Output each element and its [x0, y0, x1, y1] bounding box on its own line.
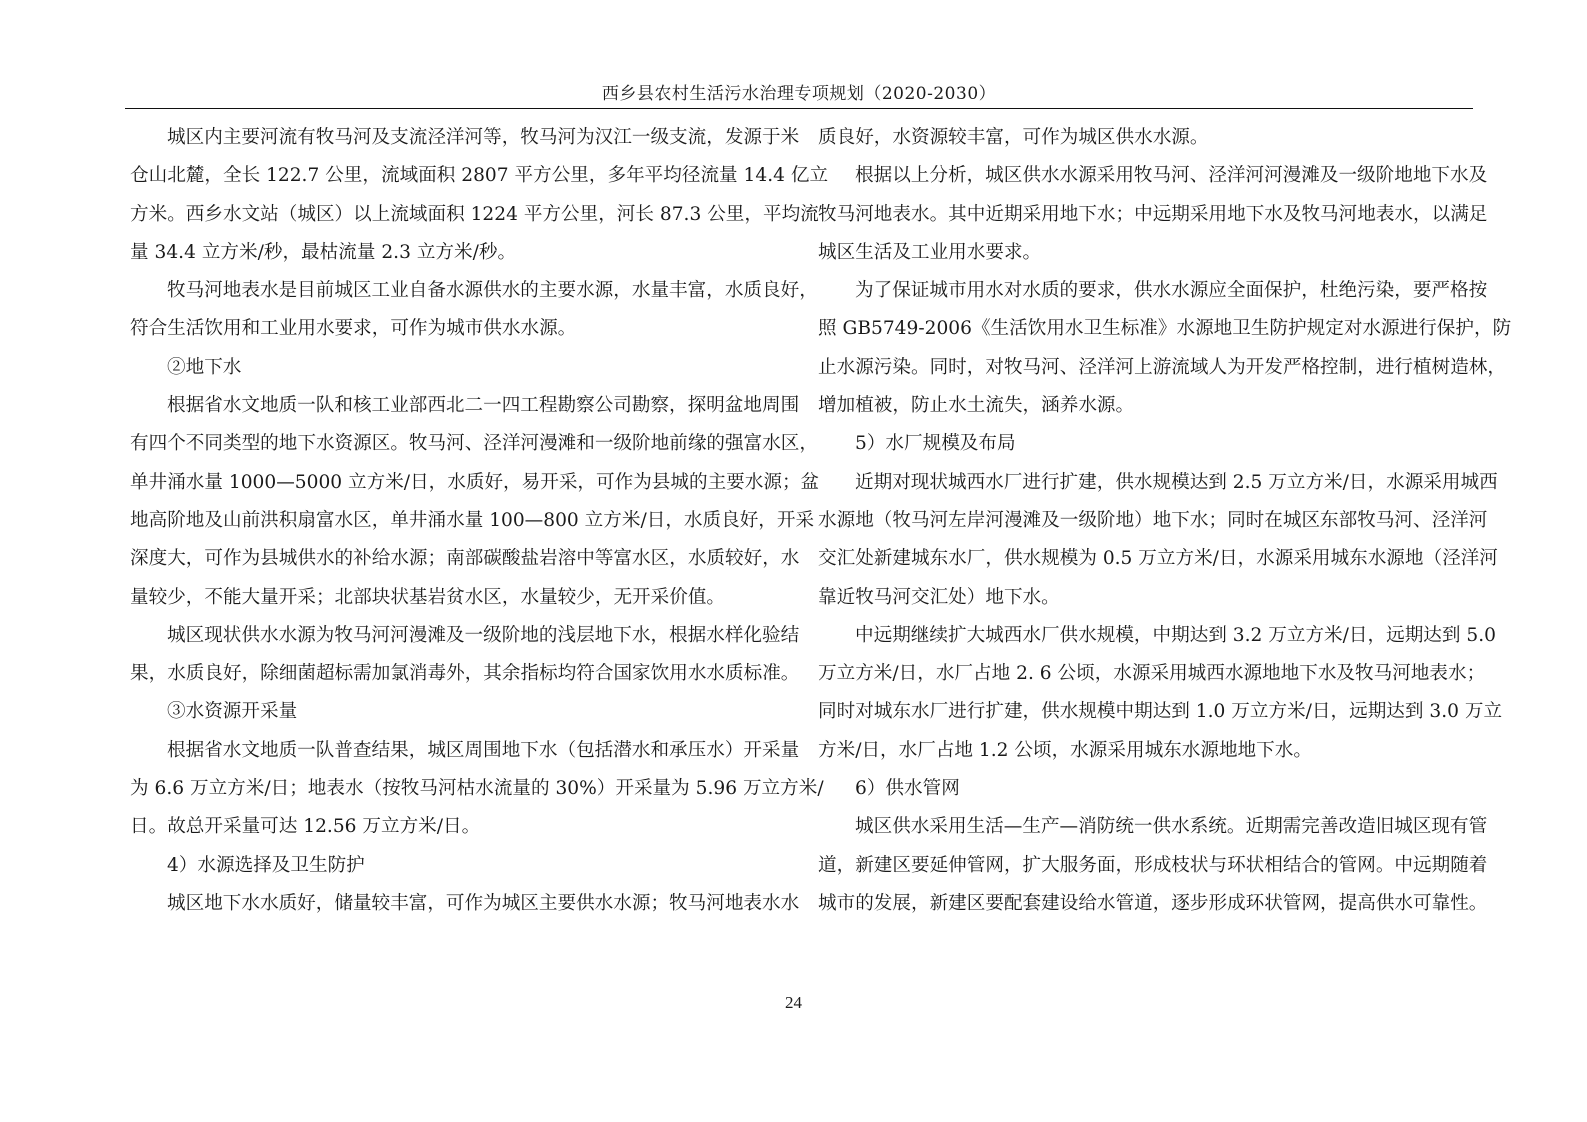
section-heading-water-extraction: ③水资源开采量: [130, 693, 752, 731]
text-line: 符合生活饮用和工业用水要求，可作为城市供水水源。: [130, 310, 752, 348]
text-line: 为 6.6 万立方米/日；地表水（按牧马河枯水流量的 30%）开采量为 5.96…: [130, 770, 752, 808]
text-line: 城区生活及工业用水要求。: [818, 234, 1473, 272]
text-line: 靠近牧马河交汇处）地下水。: [818, 579, 1473, 617]
text-line: 近期对现状城西水厂进行扩建，供水规模达到 2.5 万立方米/日，水源采用城西: [818, 464, 1473, 502]
text-line: 止水源污染。同时，对牧马河、泾洋河上游流域人为开发严格控制，进行植树造林，: [818, 349, 1473, 387]
text-line: 质良好，水资源较丰富，可作为城区供水水源。: [818, 119, 1473, 157]
text-line: 根据省水文地质一队和核工业部西北二一四工程勘察公司勘察，探明盆地周围: [130, 387, 752, 425]
text-line: 城市的发展，新建区要配套建设给水管道，逐步形成环状管网，提高供水可靠性。: [818, 885, 1473, 923]
text-line: 城区现状供水水源为牧马河河漫滩及一级阶地的浅层地下水，根据水样化验结: [130, 617, 752, 655]
text-line: 同时对城东水厂进行扩建，供水规模中期达到 1.0 万立方米/日，远期达到 3.0…: [818, 693, 1473, 731]
text-line: 单井涌水量 1000—5000 立方米/日，水质好，易开采，可作为县城的主要水源…: [130, 464, 752, 502]
text-line: 牧马河地表水是目前城区工业自备水源供水的主要水源，水量丰富，水质良好，: [130, 272, 752, 310]
section-heading-supply-network: 6）供水管网: [818, 770, 1473, 808]
text-line: 根据以上分析，城区供水水源采用牧马河、泾洋河河漫滩及一级阶地地下水及: [818, 157, 1473, 195]
text-line: 城区内主要河流有牧马河及支流泾洋河等，牧马河为汉江一级支流，发源于米: [130, 119, 752, 157]
section-heading-plant-scale: 5）水厂规模及布局: [818, 425, 1473, 463]
text-line: 果，水质良好，除细菌超标需加氯消毒外，其余指标均符合国家饮用水水质标准。: [130, 655, 752, 693]
text-line: 增加植被，防止水土流失，涵养水源。: [818, 387, 1473, 425]
page-header-title: 西乡县农村生活污水治理专项规划（2020-2030）: [125, 82, 1473, 106]
text-line: 水源地（牧马河左岸河漫滩及一级阶地）地下水；同时在城区东部牧马河、泾洋河: [818, 502, 1473, 540]
text-line: 量 34.4 立方米/秒，最枯流量 2.3 立方米/秒。: [130, 234, 752, 272]
text-line: 城区地下水水质好，储量较丰富，可作为城区主要供水水源；牧马河地表水水: [130, 885, 752, 923]
section-heading-groundwater: ②地下水: [130, 349, 752, 387]
text-line: 日。故总开采量可达 12.56 万立方米/日。: [130, 808, 752, 846]
text-line: 万立方米/日，水厂占地 2. 6 公顷，水源采用城西水源地地下水及牧马河地表水；: [818, 655, 1473, 693]
right-text-column: 质良好，水资源较丰富，可作为城区供水水源。 根据以上分析，城区供水水源采用牧马河…: [818, 119, 1473, 923]
section-heading-source-selection: 4）水源选择及卫生防护: [130, 847, 752, 885]
page-number: 24: [0, 992, 1587, 1014]
text-line: 城区供水采用生活—生产—消防统一供水系统。近期需完善改造旧城区现有管: [818, 808, 1473, 846]
text-line: 方米。西乡水文站（城区）以上流域面积 1224 平方公里，河长 87.3 公里，…: [130, 196, 752, 234]
text-line: 根据省水文地质一队普查结果，城区周围地下水（包括潜水和承压水）开采量: [130, 732, 752, 770]
text-line: 照 GB5749-2006《生活饮用水卫生标准》水源地卫生防护规定对水源进行保护…: [818, 310, 1473, 348]
text-line: 为了保证城市用水对水质的要求，供水水源应全面保护，杜绝污染，要严格按: [818, 272, 1473, 310]
text-line: 中远期继续扩大城西水厂供水规模，中期达到 3.2 万立方米/日，远期达到 5.0: [818, 617, 1473, 655]
text-line: 交汇处新建城东水厂，供水规模为 0.5 万立方米/日，水源采用城东水源地（泾洋河: [818, 540, 1473, 578]
left-text-column: 城区内主要河流有牧马河及支流泾洋河等，牧马河为汉江一级支流，发源于米 仓山北麓，…: [130, 119, 752, 923]
text-line: 仓山北麓，全长 122.7 公里，流域面积 2807 平方公里，多年平均径流量 …: [130, 157, 752, 195]
text-line: 深度大，可作为县城供水的补给水源；南部碳酸盐岩溶中等富水区，水质较好，水: [130, 540, 752, 578]
text-line: 方米/日，水厂占地 1.2 公顷，水源采用城东水源地地下水。: [818, 732, 1473, 770]
text-line: 量较少，不能大量开采；北部块状基岩贫水区，水量较少，无开采价值。: [130, 579, 752, 617]
text-line: 地高阶地及山前洪积扇富水区，单井涌水量 100—800 立方米/日，水质良好，开…: [130, 502, 752, 540]
text-line: 道，新建区要延伸管网，扩大服务面，形成枝状与环状相结合的管网。中远期随着: [818, 847, 1473, 885]
text-line: 牧马河地表水。其中近期采用地下水；中远期采用地下水及牧马河地表水，以满足: [818, 196, 1473, 234]
header-divider: [125, 108, 1473, 109]
text-line: 有四个不同类型的地下水资源区。牧马河、泾洋河漫滩和一级阶地前缘的强富水区，: [130, 425, 752, 463]
